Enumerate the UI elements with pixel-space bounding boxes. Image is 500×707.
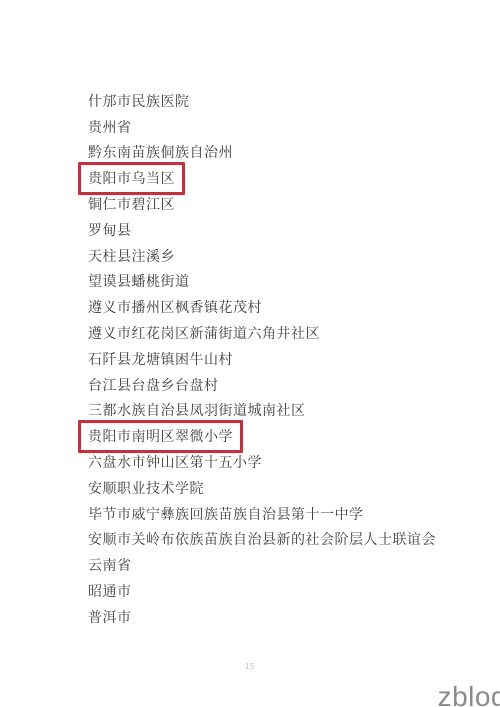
list-item: 望谟县蟠桃街道 [88, 269, 480, 295]
list-item-text: 石阡县龙塘镇困牛山村 [88, 349, 233, 369]
list-item: 普洱市 [88, 604, 480, 630]
list-item: 贵阳市南明区翠微小学 [88, 423, 480, 449]
list-item-text: 望谟县蟠桃街道 [88, 271, 190, 291]
list-item: 遵义市红花岗区新蒲街道六角井社区 [88, 320, 480, 346]
list-item: 天柱县注溪乡 [88, 243, 480, 269]
highlight-box: 贵阳市乌当区 [78, 162, 185, 195]
list-item-text: 遵义市红花岗区新蒲街道六角井社区 [88, 323, 320, 343]
list-item-text: 台江县台盘乡台盘村 [88, 375, 219, 395]
list-item-text: 黔东南苗族侗族自治州 [88, 142, 233, 162]
list-item: 毕节市威宁彝族回族苗族自治县第十一中学 [88, 501, 480, 527]
list-item-text: 天柱县注溪乡 [88, 246, 175, 266]
highlight-box: 贵阳市南明区翠微小学 [78, 420, 243, 453]
list-item-text: 遵义市播州区枫香镇花茂村 [88, 297, 262, 317]
name-list: 什邡市民族医院贵州省黔东南苗族侗族自治州贵阳市乌当区铜仁市碧江区罗甸县天柱县注溪… [88, 88, 480, 630]
list-item: 六盘水市钟山区第十五小学 [88, 449, 480, 475]
list-item: 贵州省 [88, 114, 480, 140]
list-item-text: 六盘水市钟山区第十五小学 [88, 452, 262, 472]
list-item: 铜仁市碧江区 [88, 191, 480, 217]
list-item-text: 罗甸县 [88, 220, 132, 240]
list-item-text: 安顺职业技术学院 [88, 478, 204, 498]
list-item-text: 安顺市关岭布依族苗族自治县新的社会阶层人士联谊会 [88, 529, 436, 549]
list-item: 石阡县龙塘镇困牛山村 [88, 346, 480, 372]
page-number: 15 [0, 662, 500, 671]
list-item-text: 什邡市民族医院 [88, 91, 190, 111]
list-item: 台江县台盘乡台盘村 [88, 372, 480, 398]
document-page: 什邡市民族医院贵州省黔东南苗族侗族自治州贵阳市乌当区铜仁市碧江区罗甸县天柱县注溪… [0, 0, 500, 707]
list-item: 贵阳市乌当区 [88, 165, 480, 191]
list-item: 什邡市民族医院 [88, 88, 480, 114]
watermark: zblog [438, 681, 500, 707]
list-item: 昭通市 [88, 578, 480, 604]
list-item: 罗甸县 [88, 217, 480, 243]
list-item-text: 三都水族自治县凤羽街道城南社区 [88, 400, 306, 420]
list-item: 云南省 [88, 552, 480, 578]
list-item: 安顺市关岭布依族苗族自治县新的社会阶层人士联谊会 [88, 527, 480, 553]
list-item: 安顺职业技术学院 [88, 475, 480, 501]
list-item-text: 铜仁市碧江区 [88, 194, 175, 214]
list-item: 遵义市播州区枫香镇花茂村 [88, 294, 480, 320]
list-item-text: 云南省 [88, 555, 132, 575]
list-item-text: 普洱市 [88, 607, 132, 627]
list-item-text: 贵州省 [88, 117, 132, 137]
list-item-text: 昭通市 [88, 581, 132, 601]
list-item-text: 毕节市威宁彝族回族苗族自治县第十一中学 [88, 504, 364, 524]
